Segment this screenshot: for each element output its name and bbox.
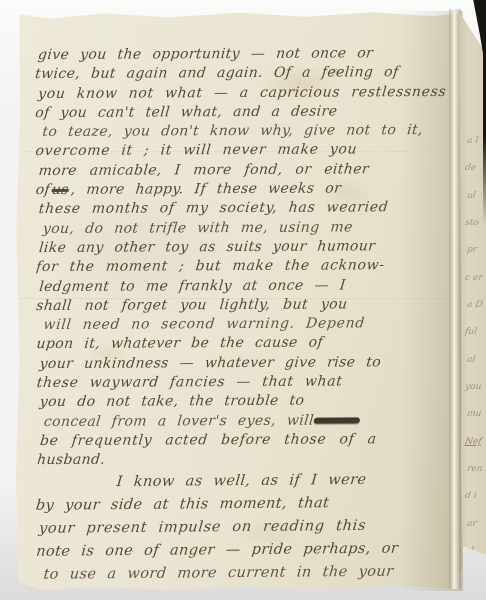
letter-line: these months of my society, has wearied (39, 198, 450, 219)
fold-crease (449, 9, 461, 589)
ghost-text-fragment: ful (464, 327, 485, 337)
letter-line: you do not take, the trouble to (40, 391, 451, 412)
letter-line: shall not forget you lightly, but you (36, 295, 450, 316)
ghost-text-fragment: pr (466, 245, 485, 255)
letter-line: your unkindness — whatever give rise to (40, 353, 451, 374)
ghost-text-fragment: you (464, 382, 485, 392)
letter-line: will need no second warning. Depend (43, 314, 450, 335)
ghost-text-fragment: mu (466, 409, 485, 419)
letter-line: to teaze, you don't know why, give not t… (42, 121, 449, 142)
ghost-text-fragment: ar (466, 519, 485, 529)
letter-photograph: give you the opportunity — not once or t… (0, 0, 486, 600)
letter-line: overcome it ; it will never make you (35, 140, 449, 161)
letter-line: these wayward fancies — that what (37, 372, 451, 393)
adjacent-page-edge: a l de ul sto pr c er a D ful al you mu … (459, 6, 486, 566)
letter-line: of us, more happy. If these weeks or (36, 179, 450, 200)
scored-out-word: ——— (314, 417, 361, 423)
ghost-text-fragment: Nef (464, 437, 485, 447)
letter-paragraph-2: I know as well, as if I were by your sid… (36, 468, 451, 587)
ghost-text-fragment: ul (464, 546, 485, 556)
letter-line: of you can't tell what, and a desire (35, 102, 449, 123)
letter-line: to use a word more current in the your (43, 560, 450, 587)
letter-line: upon it, whatever be the cause of (36, 333, 450, 354)
letter-line: be frequently acted before those of a (40, 430, 451, 451)
letter-paragraph-1: give you the opportunity — not once or t… (35, 44, 451, 471)
ghost-text-fragment: c er (464, 273, 485, 283)
letter-line: give you the opportunity — not once or (38, 44, 449, 65)
ghost-text-fragment: ren (466, 464, 485, 474)
letter-line: twice, but again and again. Of a feeling… (35, 63, 449, 84)
ghost-text-fragment: al (466, 355, 485, 365)
letter-line: more amicable, I more fond, or either (38, 160, 449, 181)
letter-line: for the moment ; but make the acknow- (36, 256, 450, 277)
struck-word: us (51, 181, 70, 200)
ghost-text-fragment: d i (464, 491, 485, 501)
letter-line: you, do not trifle with me, using me (43, 218, 450, 239)
letter-line: husband. (37, 449, 451, 470)
adjacent-page-text: a l de ul sto pr c er a D ful al you mu … (465, 136, 485, 556)
letter-line: you know not what — a capricious restles… (38, 83, 449, 104)
ghost-text-fragment: a D (466, 300, 485, 310)
letter-line: ledgment to me frankly at once — I (39, 275, 450, 296)
letter-line: conceal from a lover's eyes, will ——— (44, 411, 451, 432)
letter-line: like any other toy as suits your humour (39, 237, 450, 258)
